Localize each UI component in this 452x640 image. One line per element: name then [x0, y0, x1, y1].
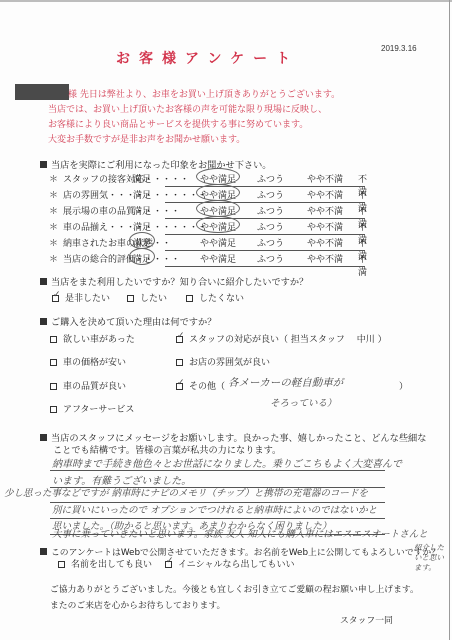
asterisk-bullet-icon: ＊: [49, 220, 58, 233]
closing-line-1: ご協力ありがとうございました。今後とも宜しくお引き立てご愛顧の程お願い申し上げま…: [50, 582, 419, 595]
q2-option-no[interactable]: したくない: [186, 291, 244, 304]
asterisk-bullet-icon: ＊: [49, 236, 58, 249]
selected-circle-mark: [196, 184, 240, 201]
rating-option[interactable]: やや不満: [307, 172, 343, 185]
checkbox-icon[interactable]: [127, 295, 134, 302]
rating-option[interactable]: ふつう: [257, 204, 284, 217]
bullet-square-icon: [40, 548, 47, 555]
checkbox-checked-icon[interactable]: [176, 383, 183, 390]
rating-option[interactable]: ふつう: [257, 236, 284, 249]
q3-other-handwritten-2: そろっている）: [270, 395, 337, 409]
rating-option[interactable]: やや不満: [307, 204, 343, 217]
selected-circle-mark: [129, 248, 155, 265]
checkbox-checked-icon[interactable]: [165, 561, 172, 568]
q3-other-handwritten-1: 各メーカーの軽自動車が: [228, 375, 343, 390]
scan-border-right: [449, 0, 450, 640]
q3-heading: ご購入を決めて頂いた理由は何ですか？: [40, 314, 216, 328]
rating-option[interactable]: やや不満: [307, 236, 343, 249]
rating-option[interactable]: 満足: [133, 188, 151, 201]
q3-option-other[interactable]: その他（: [176, 379, 225, 392]
bullet-square-icon: [40, 434, 47, 441]
checkbox-icon[interactable]: [50, 383, 57, 390]
rating-row: ＊納車されたお車の状態・・満足やや満足ふつうやや不満不満: [45, 235, 355, 251]
q3-other-close-paren: ）: [399, 379, 408, 392]
checkbox-icon[interactable]: [186, 295, 193, 302]
q3-option-price[interactable]: 車の価格が安い: [50, 355, 126, 368]
message-line-1: 納車時まで手続き他色々とお世話になりました。乗りごこちもよく大変喜んで: [52, 455, 402, 470]
q5-option-full-name[interactable]: 名前を出しても良い: [58, 557, 152, 570]
rating-option[interactable]: やや不満: [307, 188, 343, 201]
rating-row: ＊店の雰囲気・・・・・・・・・・・満足やや満足ふつうやや不満不満: [45, 187, 355, 203]
row-underline: [165, 266, 365, 267]
asterisk-bullet-icon: ＊: [49, 188, 58, 201]
q5-option-initials[interactable]: イニシャルなら出してもいい: [165, 557, 294, 570]
q3-option-staff[interactable]: スタッフの対応が良い（ 担当スタッフ 中川 ）: [176, 332, 387, 345]
message-line-4: 別に買いにいったので オプションでつけれると納車時によいのではないかと: [52, 502, 377, 516]
rating-row: ＊車の品揃え・・・・・・・・・・・満足やや満足ふつうやや不満不満: [45, 219, 355, 235]
bullet-square-icon: [40, 161, 47, 168]
message-line-3: 少し思った事などですが 納車時にナビのメモリ（チップ）と携帯の充電器のコードを: [4, 485, 368, 499]
rating-option[interactable]: 不満: [358, 252, 367, 278]
selected-circle-mark: [196, 200, 240, 217]
asterisk-bullet-icon: ＊: [49, 172, 58, 185]
survey-date: 2019.3.16: [381, 44, 417, 53]
message-line-6: 大事に乗っていきたいと思います。家族 友人 知人にも購入車にはエスエスオートさん…: [52, 526, 428, 540]
closing-line-2: またのご来店を心からお待ちしております。: [50, 598, 225, 611]
rating-row-label: 展示場の車の品質・・・・・: [63, 204, 180, 217]
rating-option[interactable]: ふつう: [257, 188, 284, 201]
checkbox-checked-icon[interactable]: [176, 336, 183, 343]
rating-option[interactable]: ふつう: [257, 172, 284, 185]
bullet-square-icon: [40, 278, 47, 285]
checkbox-icon[interactable]: [50, 336, 57, 343]
rating-row-label: 納車されたお車の状態・・: [63, 236, 171, 249]
q2-heading: 当店をまた利用したいですか？知り合いに紹介したいですか？: [40, 274, 308, 288]
redacted-customer-name: [15, 84, 69, 100]
intro-line-3: お客様により良い商品とサービスを提供する事に努めています。: [48, 117, 308, 130]
rating-option[interactable]: やや満足: [200, 236, 236, 249]
rating-option[interactable]: ふつう: [257, 220, 284, 233]
rating-option[interactable]: やや不満: [307, 252, 343, 265]
asterisk-bullet-icon: ＊: [49, 252, 58, 265]
q3-option-after-service[interactable]: アフターサービス: [50, 402, 134, 415]
q2-option-yes[interactable]: したい: [127, 291, 167, 304]
message-underline: [50, 470, 385, 471]
q3-option-atmosphere[interactable]: お店の雰囲気が良い: [176, 355, 270, 368]
checkbox-checked-icon[interactable]: [52, 295, 59, 302]
rating-row: ＊当店の総合的評価・・・・・満足やや満足ふつうやや不満不満: [45, 251, 355, 267]
survey-title: お客様アンケート: [116, 48, 299, 68]
q3-option-quality[interactable]: 車の品質が良い: [50, 379, 126, 392]
rating-option[interactable]: ふつう: [257, 252, 284, 265]
survey-page: 2019.3.16 お客様アンケート 様 先日は弊社より、お車をお買い上げ頂きあ…: [0, 0, 452, 640]
rating-option[interactable]: やや不満: [307, 220, 343, 233]
rating-option[interactable]: 満足: [133, 172, 151, 185]
rating-row-label: 当店の総合的評価・・・・・: [63, 252, 180, 265]
rating-row-label: スタッフの接客対応・・・・・: [63, 172, 189, 185]
bullet-square-icon: [40, 318, 47, 325]
scan-border-top: [0, 0, 452, 2]
checkbox-icon[interactable]: [50, 406, 57, 413]
q3-option-wanted-car[interactable]: 欲しい車があった: [50, 332, 135, 345]
selected-circle-mark: [196, 168, 240, 185]
q1-heading: 当店を実際にご利用になった印象をお聞かせ下さい。: [40, 157, 272, 171]
rating-row: ＊スタッフの接客対応・・・・・満足やや満足ふつうやや不満不満: [45, 171, 355, 187]
intro-line-2: 当店では、お買い上げ頂いたお客様の声を可能な限り現場に反映し、: [48, 102, 327, 115]
rating-option[interactable]: 満足: [133, 204, 151, 217]
selected-circle-mark: [196, 216, 240, 233]
q4-heading-line-2: ことでも結構です。皆様の言葉が私共の力になります。: [53, 442, 281, 456]
checkbox-icon[interactable]: [58, 561, 65, 568]
rating-row: ＊展示場の車の品質・・・・・満足やや満足ふつうやや不満不満: [45, 203, 355, 219]
asterisk-bullet-icon: ＊: [49, 204, 58, 217]
rating-option[interactable]: やや満足: [200, 252, 236, 265]
intro-line-4: 大変お手数ですが是非お声をお聞かせ願います。: [48, 132, 245, 145]
intro-line-1: 様 先日は弊社より、お車をお買い上げ頂きありがとうございます。: [68, 87, 340, 100]
selected-circle-mark: [129, 232, 155, 249]
closing-signature: スタッフ一同: [340, 613, 393, 626]
checkbox-icon[interactable]: [176, 359, 183, 366]
q2-option-very-much[interactable]: 是非したい: [52, 291, 110, 304]
checkbox-icon[interactable]: [50, 359, 57, 366]
